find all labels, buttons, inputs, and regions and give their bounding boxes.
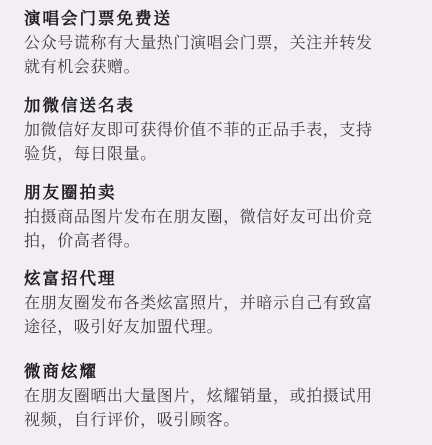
section-heading: 加微信送名表 <box>24 95 424 117</box>
section-body: 在朋友圈晒出大量图片，炫耀销量，或拍摄试用 视频，自行评价，吸引顾客。 <box>24 384 424 432</box>
body-line: 在朋友圈发布各类炫富照片，并暗示自己有致富 <box>24 291 424 315</box>
section-heading: 微商炫耀 <box>24 361 424 383</box>
section-body: 加微信好友即可获得价值不菲的正品手表，支持 验货，每日限量。 <box>24 118 424 166</box>
section-microbusiness-showoff: 微商炫耀 在朋友圈晒出大量图片，炫耀销量，或拍摄试用 视频，自行评价，吸引顾客。 <box>24 361 424 432</box>
section-body: 在朋友圈发布各类炫富照片，并暗示自己有致富 途径，吸引好友加盟代理。 <box>24 291 424 339</box>
section-flaunt-wealth-agents: 炫富招代理 在朋友圈发布各类炫富照片，并暗示自己有致富 途径，吸引好友加盟代理。 <box>24 268 424 339</box>
body-line: 公众号谎称有大量热门演唱会门票，关注并转发 <box>24 31 424 55</box>
body-line: 拍，价高者得。 <box>24 229 424 253</box>
section-body: 公众号谎称有大量热门演唱会门票，关注并转发 就有机会获赠。 <box>24 31 424 79</box>
section-body: 拍摄商品图片发布在朋友圈，微信好友可出价竞 拍，价高者得。 <box>24 205 424 253</box>
section-moments-auction: 朋友圈拍卖 拍摄商品图片发布在朋友圈，微信好友可出价竞 拍，价高者得。 <box>24 182 424 253</box>
section-concert-tickets: 演唱会门票免费送 公众号谎称有大量热门演唱会门票，关注并转发 就有机会获赠。 <box>24 8 424 79</box>
section-heading: 朋友圈拍卖 <box>24 182 424 204</box>
section-heading: 炫富招代理 <box>24 268 424 290</box>
body-line: 加微信好友即可获得价值不菲的正品手表，支持 <box>24 118 424 142</box>
body-line: 拍摄商品图片发布在朋友圈，微信好友可出价竞 <box>24 205 424 229</box>
body-line: 视频，自行评价，吸引顾客。 <box>24 408 424 432</box>
body-line: 途径，吸引好友加盟代理。 <box>24 315 424 339</box>
section-watch-giveaway: 加微信送名表 加微信好友即可获得价值不菲的正品手表，支持 验货，每日限量。 <box>24 95 424 166</box>
body-line: 就有机会获赠。 <box>24 55 424 79</box>
section-heading: 演唱会门票免费送 <box>24 8 424 30</box>
body-line: 验货，每日限量。 <box>24 142 424 166</box>
body-line: 在朋友圈晒出大量图片，炫耀销量，或拍摄试用 <box>24 384 424 408</box>
